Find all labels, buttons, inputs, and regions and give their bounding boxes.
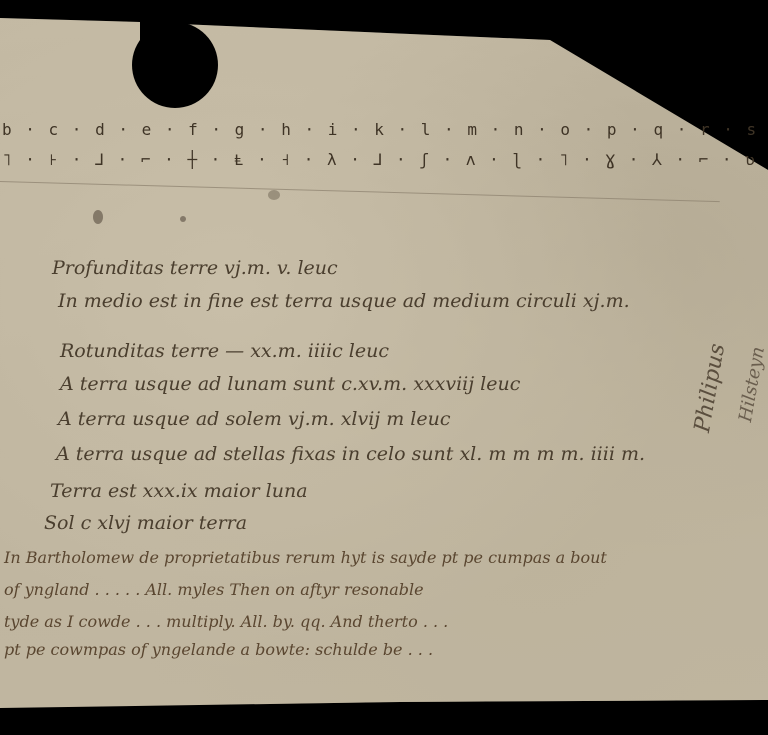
cipher-key-cipher-row: ˥ · ꜔ · ⅃ · ⌐ · ┼ · Ⱡ · ˧ · λ · ⅃ · ʃ · … bbox=[2, 150, 768, 170]
english-line-4: pt pe cowmpas of yngelande a bowte: schu… bbox=[4, 640, 433, 659]
manuscript-photo: b · c · d · e · f · g · h · i · k · l · … bbox=[0, 0, 768, 735]
punched-hole bbox=[132, 22, 218, 108]
english-line-3: tyde as I cowde . . . multiply. All. by.… bbox=[4, 612, 448, 631]
cipher-key-plain-row: b · c · d · e · f · g · h · i · k · l · … bbox=[2, 120, 768, 139]
english-line-1: In Bartholomew de proprietatibus rerum h… bbox=[4, 548, 607, 567]
latin-line-1: Profunditas terre vj.m. v. leuc bbox=[52, 257, 338, 279]
latin-line-4: A terra usque ad lunam sunt c.xv.m. xxxv… bbox=[60, 373, 520, 395]
latin-line-3: Rotunditas terre — xx.m. iiiic leuc bbox=[60, 340, 389, 362]
latin-line-8: Sol c xlvj maior terra bbox=[44, 512, 247, 534]
english-line-2: of yngland . . . . . All. myles Then on … bbox=[4, 580, 424, 599]
ink-dot bbox=[180, 216, 186, 222]
ink-blot bbox=[93, 210, 103, 224]
latin-line-6: A terra usque ad stellas fixas in celo s… bbox=[56, 443, 645, 465]
latin-line-2: In medio est in fine est terra usque ad … bbox=[58, 290, 630, 312]
stain bbox=[268, 190, 280, 200]
latin-line-5: A terra usque ad solem vj.m. xlvij m leu… bbox=[58, 408, 451, 430]
latin-line-7: Terra est xxx.ix maior luna bbox=[50, 480, 308, 502]
